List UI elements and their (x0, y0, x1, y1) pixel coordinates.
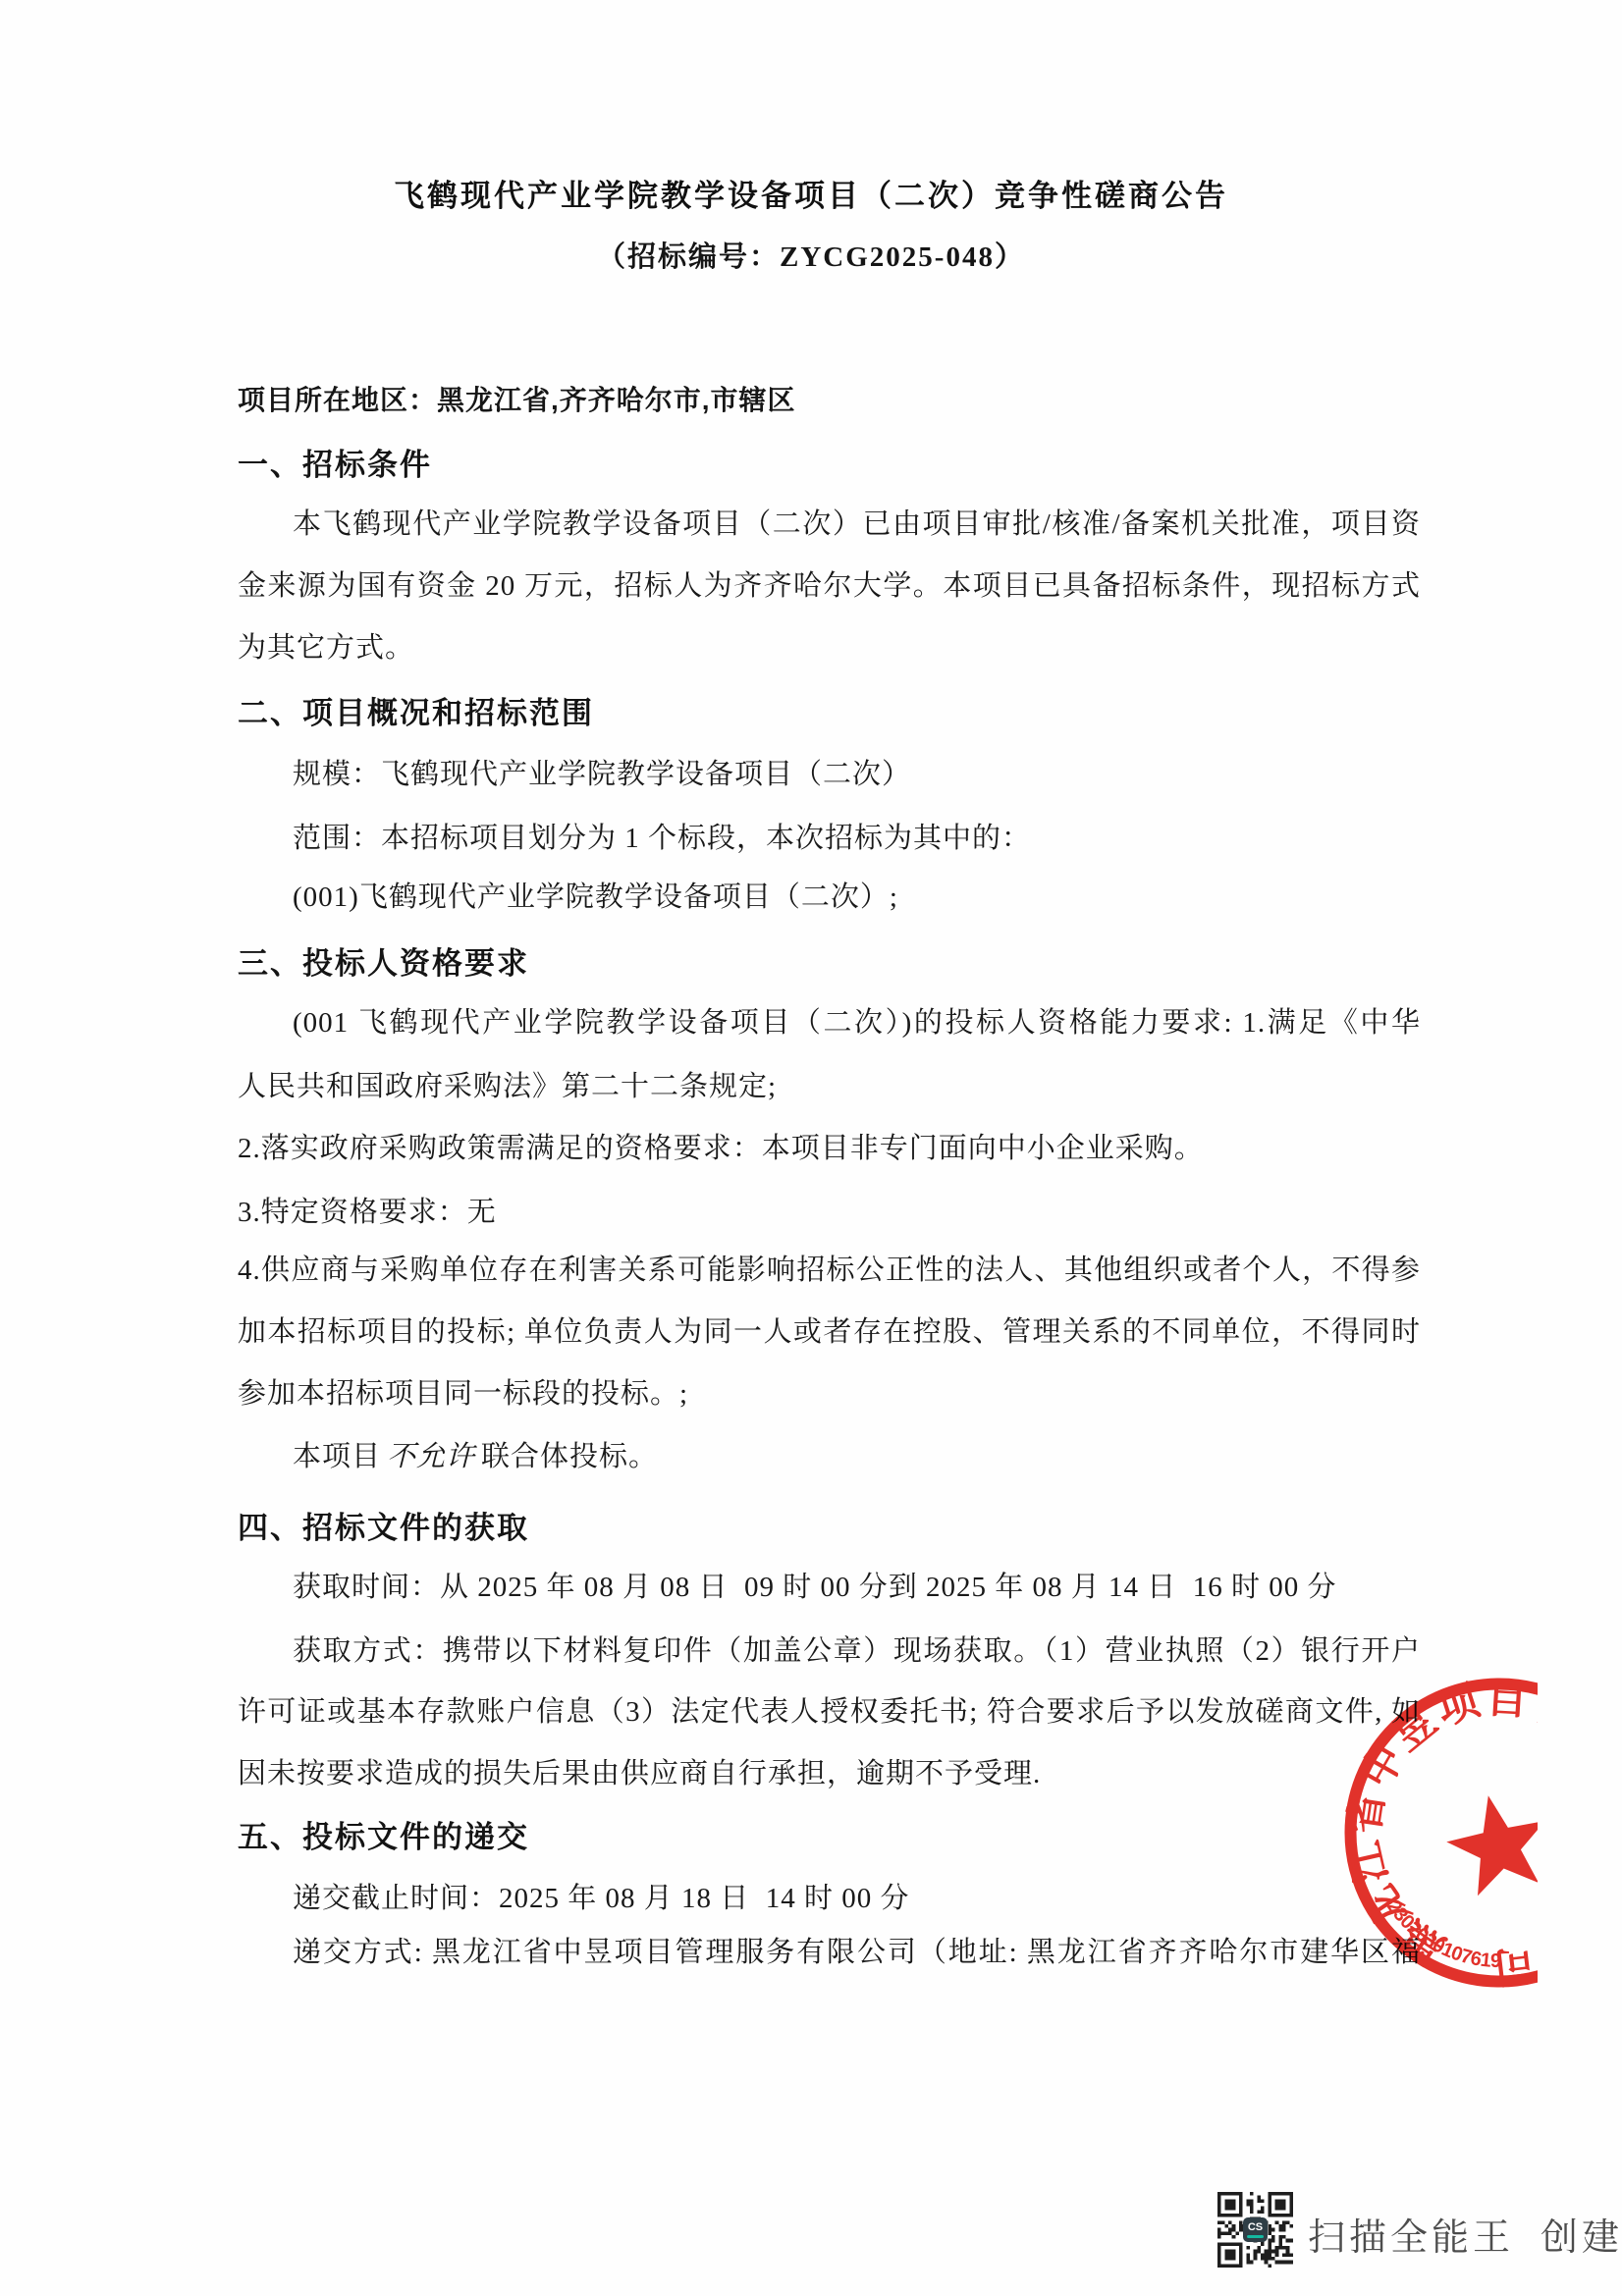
doc-line: (001)飞鹤现代产业学院教学设备项目（二次）; (293, 881, 898, 915)
scanned-document-page: 飞鹤现代产业学院教学设备项目（二次）竞争性磋商公告 （招标编号：ZYCG2025… (0, 0, 1622, 2296)
doc-line: 获取方式：携带以下材料复印件（加盖公章）现场获取。（1）营业执照（2）银行开户 (293, 1634, 1421, 1669)
doc-line: 4.供应商与采购单位存在利害关系可能影响招标公正性的法人、其他组织或者个人，不得… (238, 1254, 1421, 1288)
doc-line: 加本招标项目的投标; 单位负责人为同一人或者存在控股、管理关系的不同单位，不得同… (238, 1315, 1421, 1350)
doc-line: 为其它方式。 (238, 631, 414, 666)
seal-star-icon (1446, 1795, 1538, 1896)
joint-prefix: 本项目 (293, 1441, 381, 1472)
section-heading-4: 四、招标文件的获取 (238, 1510, 529, 1546)
doc-line: 2.落实政府采购政策需满足的资格要求：本项目非专门面向中小企业采购。 (238, 1132, 1204, 1166)
section-heading-2: 二、项目概况和招标范围 (238, 695, 594, 731)
tender-ref-number: （招标编号：ZYCG2025-048） (0, 240, 1622, 275)
doc-line: 人民共和国政府采购法》第二十二条规定; (238, 1070, 777, 1104)
doc-line: 许可证或基本存款账户信息（3）法定代表人授权委托书; 符合要求后予以发放磋商文件… (238, 1695, 1421, 1730)
section-heading-3: 三、投标人资格要求 (238, 945, 529, 982)
doc-line: 金来源为国有资金 20 万元，招标人为齐齐哈尔大学。本项目已具备招标条件，现招标… (238, 569, 1421, 604)
doc-line: 因未按要求造成的损失后果由供应商自行承担，逾期不予受理. (238, 1757, 1041, 1791)
doc-line: 本飞鹤现代产业学院教学设备项目（二次）已由项目审批/核准/备案机关批准，项目资 (293, 507, 1421, 542)
camscanner-watermark-text: 扫描全能王 创建 (1308, 2207, 1622, 2261)
doc-line: 获取时间：从 2025 年 08 月 08 日 09 时 00 分到 2025 … (293, 1571, 1337, 1605)
camscanner-logo-text: CS (1248, 2222, 1263, 2233)
joint-suffix: 联合体投标。 (481, 1441, 658, 1472)
doc-line: 范围：本招标项目划分为 1 个标段，本次招标为其中的： (293, 822, 1031, 856)
camscanner-logo-icon: CS (1243, 2217, 1268, 2242)
joint-emphasis: 不允许 (381, 1441, 481, 1472)
doc-line: 3.特定资格要求：无 (238, 1196, 497, 1230)
doc-line: 递交截止时间：2025 年 08 月 18 日 14 时 00 分 (293, 1882, 910, 1916)
section-heading-1: 一、招标条件 (238, 447, 432, 483)
doc-line: 递交方式: 黑龙江省中昱项目管理服务有限公司（地址: 黑龙江省齐齐哈尔市建华区福 (293, 1936, 1421, 1970)
document-title: 飞鹤现代产业学院教学设备项目（二次）竞争性磋商公告 (0, 178, 1622, 214)
no-consortium-line: 本项目不允许联合体投标。 (293, 1440, 658, 1474)
doc-line: 参加本招标项目同一标段的投标。; (238, 1377, 688, 1412)
section-heading-5: 五、投标文件的递交 (238, 1819, 529, 1855)
doc-line: 规模：飞鹤现代产业学院教学设备项目（二次） (293, 758, 911, 792)
camscanner-logo-bar (1247, 2235, 1264, 2238)
project-location-line: 项目所在地区：黑龙江省,齐齐哈尔市,市辖区 (238, 384, 796, 417)
doc-line: (001 飞鹤现代产业学院教学设备项目（二次）)的投标人资格能力要求: 1.满足… (293, 1006, 1421, 1041)
